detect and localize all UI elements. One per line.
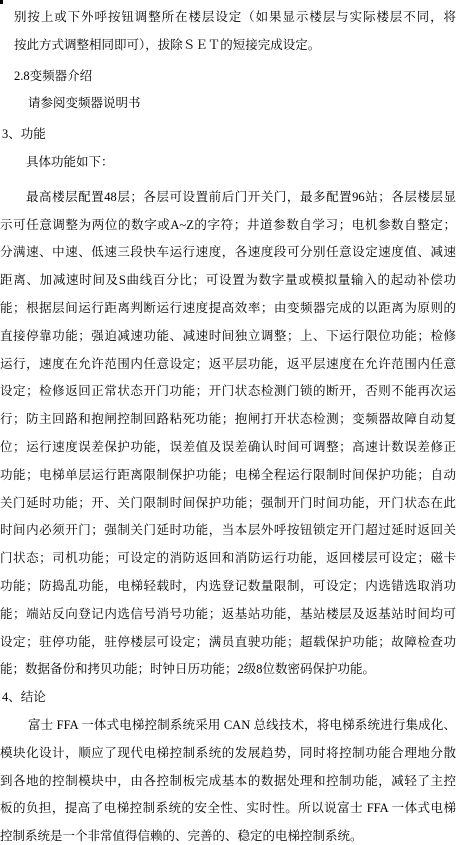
text-line: 分满速、中速、低速三段快车运行速度，各速度段可分别任意设定速度值、减速 [0,239,456,267]
text-line: 设定；驻停功能，驻停楼层可设定；满员直驶功能；超载保护功能；故障检查功 [0,629,456,657]
text-line: 板的负担，提高了电梯控制系统的安全性、实时性。所以说富士 FFA 一体式电梯 [0,795,456,823]
text-line: 具体功能如下： [0,149,456,177]
text-line: 示可任意调整为两位的数字或A~Z的字符；井道参数自学习；电机参数自整定； [0,212,456,240]
text-line: 运行，速度在允许范围内任意设定；返平层功能，返平层速度在允许范围内任意 [0,351,456,379]
text-line: 时间内必须开门；强制关门延时功能，当本层外呼按钮锁定开门超过延时返回关 [0,517,456,545]
text-line: 请参阅变频器说明书 [0,90,456,118]
text-line: 位；运行速度误差保护功能，误差值及误差确认时间可调整；高速计数误差修正 [0,434,456,462]
text-line: 设定；检修返回正常状态开门功能；开门状态检测门锁的断开，否则不能再次运 [0,378,456,406]
text-line: 控制系统是一个非常值得信赖的、完善的、稳定的电梯控制系统。 [0,823,456,845]
text-line: 距离、加减速时间及S曲线百分比；可设置为数字量或模拟量输入的起动补偿功 [0,267,456,295]
section-heading-3-functions: 3、功能 [0,121,456,149]
paragraph-functions-detail: 最高楼层配置48层；各层可设置前后门开关门，最多配置96站；各层楼层显 示可任意… [0,184,456,684]
section-heading: 2.8变频器介绍 [0,63,456,91]
paragraph-functions-intro: 具体功能如下： [0,149,456,177]
text-line: 能；数据备份和拷贝功能；时钟日历功能；2级8位数密码保护功能。 [0,656,456,684]
document-page: { "page": { "background_color": "#ffffff… [0,0,456,845]
text-line: 门状态；司机功能；可设定的消防返回和消防运行功能，返回楼层可设定；磁卡 [0,545,456,573]
text-line: 关门延时功能；开、关门限制时间保护功能；强制开门时间功能，开门状态在此 [0,490,456,518]
section-heading-4-conclusion: 4、结论 [0,684,456,712]
text-line: 直接停靠功能；强迫减速功能、减速时间独立调整；上、下运行限位功能；检修 [0,323,456,351]
paragraph-conclusion: 富士 FFA 一体式电梯控制系统采用 CAN 总线技术，将电梯系统进行集成化、 … [0,712,456,845]
section-heading: 4、结论 [0,684,456,712]
text-line: 别按上或下外呼按钮调整所在楼层设定（如果显示楼层与实际楼层不同，将 [0,4,456,32]
text-line: 富士 FFA 一体式电梯控制系统采用 CAN 总线技术，将电梯系统进行集成化、 [0,712,456,740]
text-line: 模块化设计，顺应了现代电梯控制系统的发展趋势，同时将控制功能合理地分散 [0,740,456,768]
text-line: 功能；防捣乱功能，电梯轻载时，内选登记数量限制，可设定；内选错选取消功 [0,573,456,601]
section-heading-2-8-inverter: 2.8变频器介绍 [0,63,456,91]
section-heading: 3、功能 [0,121,456,149]
paragraph-floor-setting-continued: 别按上或下外呼按钮调整所在楼层设定（如果显示楼层与实际楼层不同，将 按此方式调整… [0,4,456,60]
text-line: 行；防主回路和抱闸控制回路粘死功能；抱闸打开状态检测；变频器故障自动复 [0,406,456,434]
text-line: 按此方式调整相同即可），拔除ＳＥＴ的短接完成设定。 [0,32,456,60]
text-line: 最高楼层配置48层；各层可设置前后门开关门，最多配置96站；各层楼层显 [0,184,456,212]
text-line: 能；根据层间运行距离判断运行速度提高效率；由变频器完成的以距离为原则的 [0,295,456,323]
text-line: 到各地的控制模块中，由各控制板完成基本的数据处理和控制功能，减轻了主控 [0,768,456,796]
text-line: 功能；电梯单层运行距离限制保护功能；电梯全程运行限制时间保护功能；自动 [0,462,456,490]
document-body: 别按上或下外呼按钮调整所在楼层设定（如果显示楼层与实际楼层不同，将 按此方式调整… [0,0,456,845]
text-line: 能；端站反向登记内选信号消号功能；返基站功能，基站楼层及返基站时间均可 [0,601,456,629]
paragraph-inverter-note: 请参阅变频器说明书 [0,90,456,118]
